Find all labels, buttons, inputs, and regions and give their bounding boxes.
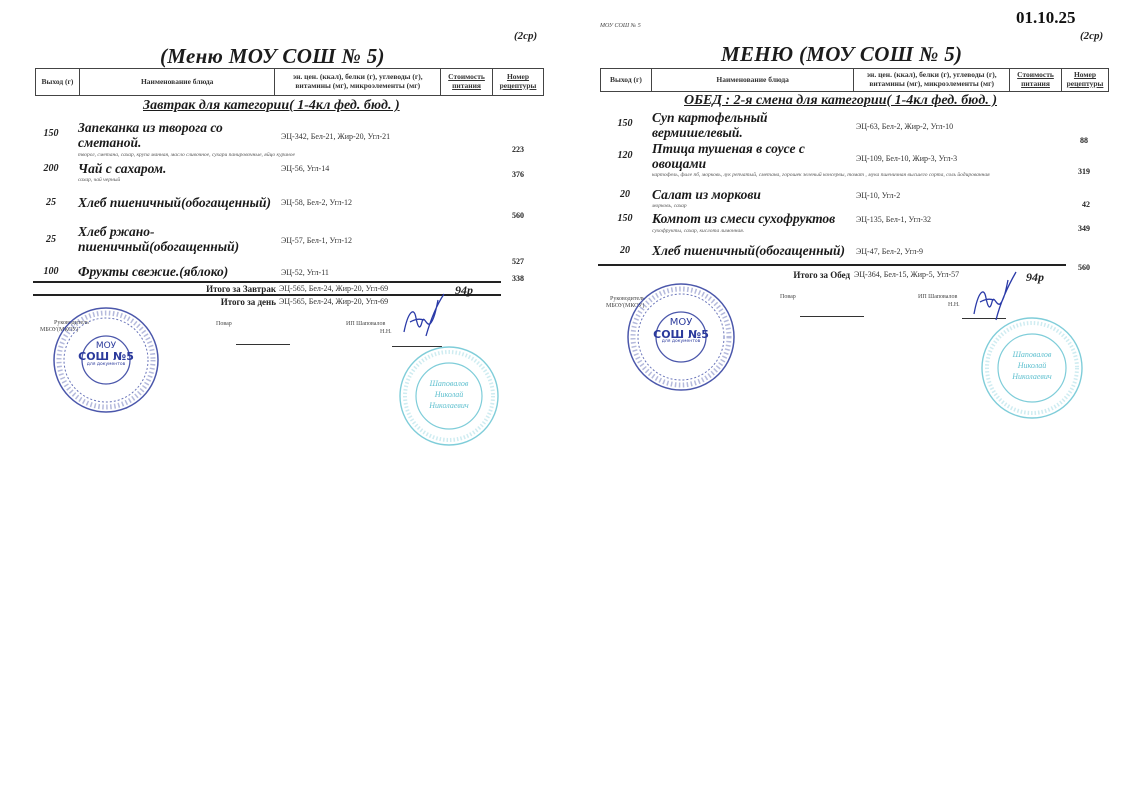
item-nutrition: ЭЦ-58, Бел-2, Угл-12 xyxy=(281,198,352,207)
total-value: ЭЦ-565, Бел-24, Жир-20, Угл-69 xyxy=(279,297,388,306)
total-value: ЭЦ-364, Бел-15, Жир-5, Угл-57 xyxy=(854,270,959,279)
item-nutrition: ЭЦ-52, Угл-11 xyxy=(281,268,329,277)
header-recipe: Номер рецептуры xyxy=(1061,69,1108,92)
item-yield: 25 xyxy=(36,197,66,208)
stamp-text: Николай xyxy=(398,390,500,401)
header-dish: Наименование блюда xyxy=(79,69,275,96)
header-nutrition: эн. цен. (ккал), белки (г), углеводы (г)… xyxy=(275,69,441,96)
stamp-text: для документов xyxy=(52,363,160,368)
menu-page-lunch: МОУ СОШ № 5 01.10.25 (2ср) МЕНЮ (МОУ СОШ… xyxy=(566,0,1132,800)
item-ingredients-text: картофель, филе пб, морковь, лук репчаты… xyxy=(652,172,1012,179)
item-recipe-number: 319 xyxy=(1078,167,1090,176)
page-title: МЕНЮ (МОУ СОШ № 5) xyxy=(721,42,962,67)
item-recipe-number: 376 xyxy=(512,170,524,179)
item-dish-name: Хлеб пшеничный(обогащенный) xyxy=(78,195,271,210)
item-nutrition: ЭЦ-63, Бел-2, Жир-2, Угл-10 xyxy=(856,122,953,131)
supplier-label: ИП Шаповалов xyxy=(918,294,957,300)
note-2sr: (2ср) xyxy=(1080,30,1103,42)
stamp-text: Шаповалов xyxy=(980,350,1084,361)
item-recipe-number: 42 xyxy=(1082,200,1090,209)
cook-label: Повар xyxy=(780,294,796,300)
item-nutrition: ЭЦ-135, Бел-1, Угл-32 xyxy=(856,215,931,224)
item-yield: 20 xyxy=(610,245,640,256)
org-name-small: МОУ СОШ № 5 xyxy=(600,23,641,29)
item-nutrition: ЭЦ-109, Бел-10, Жир-3, Угл-3 xyxy=(856,154,957,163)
cook-signature-line xyxy=(236,344,290,345)
item-ingredients: морковь, сахар xyxy=(652,203,687,209)
supplier-label: ИП Шаповалов xyxy=(346,321,385,327)
total-label: Итого за Обед xyxy=(726,270,850,280)
section-heading: ОБЕД : 2-я смена для категории( 1-4кл фе… xyxy=(684,93,997,109)
menu-header-table: Выход (г) Наименование блюда эн. цен. (к… xyxy=(35,68,544,96)
item-nutrition: ЭЦ-10, Угл-2 xyxy=(856,191,900,200)
total-label: Итого за день xyxy=(150,297,276,307)
stamp-text: Николаевич xyxy=(398,401,500,412)
school-stamp-icon: МОУ СОШ №5 для документов xyxy=(52,306,160,414)
item-ingredients: картофель, филе пб, морковь, лук репчаты… xyxy=(652,172,1012,179)
item-yield: 150 xyxy=(36,128,66,139)
header-nutrition: эн. цен. (ккал), белки (г), углеводы (г)… xyxy=(854,69,1010,92)
item-dish-name: Чай с сахаром. xyxy=(78,161,166,176)
item-dish-name: Салат из моркови xyxy=(652,187,761,202)
menu-date: 01.10.25 xyxy=(1016,8,1076,28)
cook-signature-line xyxy=(800,316,864,317)
cook-label: Повар xyxy=(216,321,232,327)
item-dish-name: Компот из смеси сухофруктов xyxy=(652,211,835,226)
divider-line xyxy=(598,264,1066,266)
stamp-text: Николаевич xyxy=(980,372,1084,383)
item-yield: 150 xyxy=(610,213,640,224)
item-yield: 200 xyxy=(36,163,66,174)
header-cost: Стоимость питания xyxy=(441,69,493,96)
item-recipe-number: 527 xyxy=(512,257,524,266)
item-dish-name: Запеканка из творога со сметаной. xyxy=(78,120,278,150)
item-recipe-number: 88 xyxy=(1080,136,1088,145)
menu-header-table: Выход (г) Наименование блюда эн. цен. (к… xyxy=(600,68,1109,92)
item-ingredients: сухофрукты, сахар, кислота лимонная. xyxy=(652,228,744,234)
header-yield: Выход (г) xyxy=(601,69,652,92)
item-recipe-number: 223 xyxy=(512,145,524,154)
item-ingredients: творог, сметана, сахар, крупа манная, ма… xyxy=(78,152,295,158)
section-heading: Завтрак для категории( 1-4кл фед. бюд. ) xyxy=(143,98,400,114)
stamp-text: Шаповалов xyxy=(398,379,500,390)
price: 94р xyxy=(1026,270,1044,285)
signature-icon xyxy=(400,292,448,342)
item-nutrition: ЭЦ-57, Бел-1, Угл-12 xyxy=(281,236,352,245)
page-title: (Меню МОУ СОШ № 5) xyxy=(160,44,385,69)
header-recipe: Номер рецептуры xyxy=(493,69,544,96)
item-dish-name: Хлеб ржано-пшеничный(обогащенный) xyxy=(78,224,258,254)
item-dish-name: Фрукты свежие.(яблоко) xyxy=(78,264,228,279)
item-ingredients: сахар, чай черный xyxy=(78,177,120,183)
item-yield: 25 xyxy=(36,234,66,245)
menu-page-breakfast: (2ср) (Меню МОУ СОШ № 5) Выход (г) Наиме… xyxy=(0,0,566,800)
header-dish: Наименование блюда xyxy=(651,69,853,92)
supplier-stamp-icon: Шаповалов Николай Николаевич xyxy=(980,316,1084,420)
item-dish-name: Суп картофельный вермишелевый. xyxy=(652,110,812,140)
item-yield: 20 xyxy=(610,189,640,200)
item-dish-name: Птица тушеная в соусе с овощами xyxy=(652,141,822,171)
item-yield: 100 xyxy=(36,266,66,277)
price: 94р xyxy=(455,283,473,298)
item-yield: 120 xyxy=(610,150,640,161)
stamp-text: для документов xyxy=(626,340,736,345)
header-yield: Выход (г) xyxy=(36,69,80,96)
item-recipe-number: 349 xyxy=(1078,224,1090,233)
supplier-stamp-icon: Шаповалов Николай Николаевич xyxy=(398,345,500,447)
item-nutrition: ЭЦ-342, Бел-21, Жир-20, Угл-21 xyxy=(281,132,390,141)
total-value: ЭЦ-565, Бел-24, Жир-20, Угл-69 xyxy=(279,284,388,293)
note-2sr: (2ср) xyxy=(514,30,537,42)
total-label: Итого за Завтрак xyxy=(150,284,276,294)
item-recipe-number: 338 xyxy=(512,274,524,283)
item-recipe-number: 560 xyxy=(512,211,524,220)
item-yield: 150 xyxy=(610,118,640,129)
supplier-initials: Н.Н. xyxy=(380,329,392,335)
header-cost: Стоимость питания xyxy=(1010,69,1062,92)
supplier-initials: Н.Н. xyxy=(948,302,960,308)
item-recipe-number: 560 xyxy=(1078,263,1090,272)
item-nutrition: ЭЦ-56, Угл-14 xyxy=(281,164,329,173)
school-stamp-icon: МОУ СОШ №5 для документов xyxy=(626,282,736,392)
stamp-text: Николай xyxy=(980,361,1084,372)
divider-line xyxy=(33,281,501,283)
item-nutrition: ЭЦ-47, Бел-2, Угл-9 xyxy=(856,247,923,256)
stamp-text: МОУ xyxy=(626,318,736,329)
item-dish-name: Хлеб пшеничный(обогащенный) xyxy=(652,243,845,258)
